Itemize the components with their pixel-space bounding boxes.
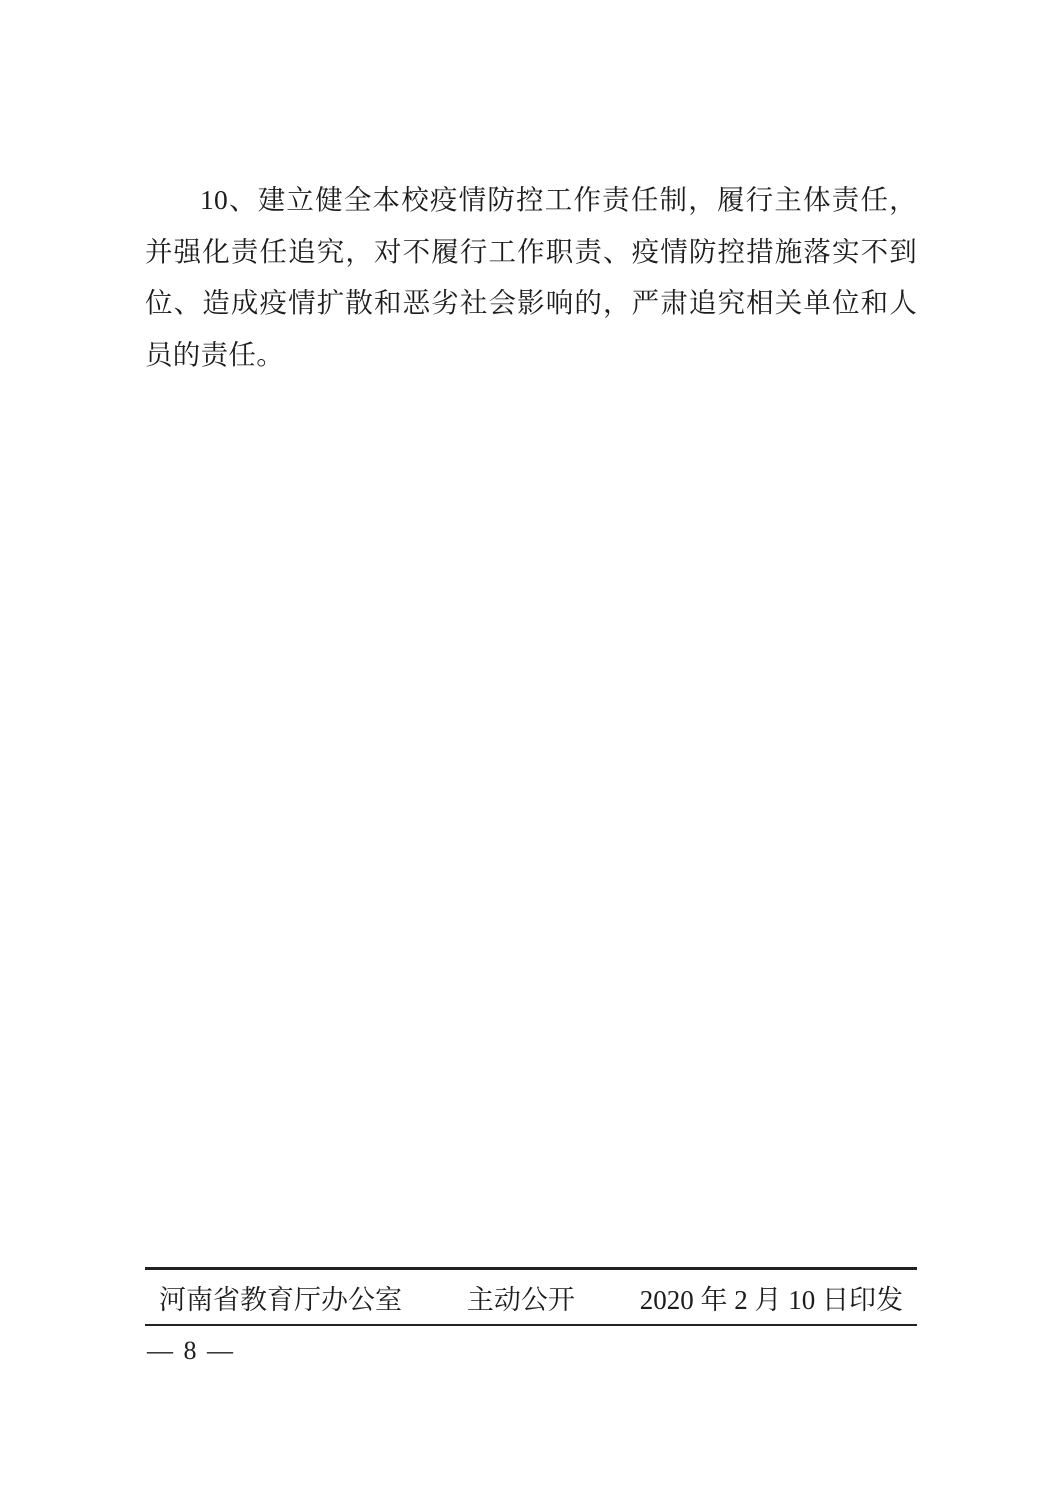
footer-disclosure-type: 主动公开: [467, 1278, 575, 1317]
page-number: — 8 —: [147, 1336, 235, 1366]
footer-bottom-rule: [145, 1324, 917, 1326]
footer-print-date: 2020 年 2 月 10 日印发: [640, 1278, 903, 1317]
footer-colophon: 河南省教育厅办公室 主动公开 2020 年 2 月 10 日印发: [145, 1270, 917, 1325]
footer-issuing-office: 河南省教育厅办公室: [159, 1278, 402, 1317]
body-paragraph: 10、建立健全本校疫情防控工作责任制，履行主体责任，并强化责任追究，对不履行工作…: [145, 174, 917, 380]
document-page: 10、建立健全本校疫情防控工作责任制，履行主体责任，并强化责任追究，对不履行工作…: [0, 0, 1060, 1500]
